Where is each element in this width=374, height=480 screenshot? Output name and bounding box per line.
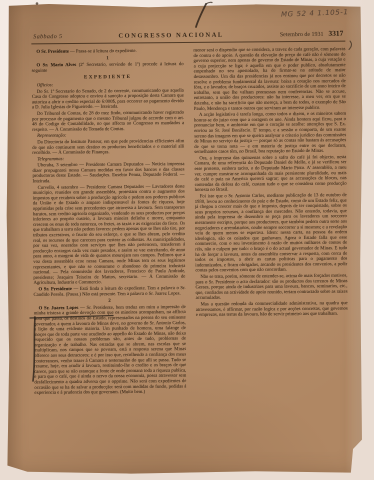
speaker-text: — Sr. Presidente, bem traduz em mim a im…	[34, 304, 187, 395]
body-paragraph: Mas a questão redonda da commercialidade…	[196, 301, 348, 318]
body-paragraph: Não se trata, porém, sómente de entender…	[195, 273, 347, 301]
officio-paragraph: Do Tribunal de Contas, de 28 do mez find…	[32, 110, 184, 133]
scanned-gazette-page: { "annotations": { "code": "MG 52 4 1.10…	[0, 0, 374, 480]
speaker-paragraph: O Sr. Mario Alves (2º Secretario, servin…	[32, 62, 184, 74]
date-block: Setembro de 1931 3317	[280, 30, 344, 40]
issue-date: Setembro de 1931	[280, 32, 324, 39]
body-paragraph: Foi isto que o Sr. Antonio Carlos, media…	[195, 193, 348, 274]
ink-speck	[36, 2, 39, 5]
right-column: menor será o dispendio que se considera,…	[193, 47, 348, 422]
body-paragraph: A acção legislativa é tarefa longa, como…	[194, 111, 346, 155]
speaker-paragraph: O Sr. Presidente — Está finda a leitura …	[33, 286, 185, 298]
section-separator: 1	[31, 55, 183, 62]
section-separator: 2	[34, 298, 186, 305]
speaker-name: O Sr. Presidente	[36, 49, 68, 54]
page-number: 3317	[328, 30, 343, 37]
edition-label: Sabbado 5	[33, 34, 62, 41]
text-columns: O Sr. Presidente — Passa-se á leitura do…	[31, 47, 348, 424]
officio-paragraph: Do Sr. 1º Secretario do Senado, de 2 do …	[32, 88, 184, 111]
body-paragraph: Ora, a imprensa das quinzenas sobre a sa…	[194, 155, 346, 193]
representacao-paragraph: Da Directoria do Instituto Pasteur, em q…	[32, 139, 184, 156]
telegramma-paragraph: Curvello, 4 setembro — Presidente Camara…	[33, 184, 186, 286]
speaker-paragraph: O Sr. Presidente — Passa-se á leitura do…	[31, 48, 183, 55]
telegramma-paragraph: Uberaba, 3 setembro — Presidente Camara …	[32, 162, 184, 185]
printed-page-area: Sabbado 5 CONGRESSO NACIONAL Setembro de…	[31, 30, 348, 435]
masthead: Sabbado 5 CONGRESSO NACIONAL Setembro de…	[31, 30, 345, 45]
left-column: O Sr. Presidente — Passa-se á leitura do…	[31, 48, 186, 423]
speaker-text: — Passa-se á leitura do expediente.	[69, 48, 137, 54]
gazette-title: CONGRESSO NACIONAL	[118, 32, 223, 40]
speaker-name: O Sr. Mario Alves	[37, 63, 77, 68]
speaker-paragraph: O Sr. Juarez Lopes — Sr. Presidente, bem…	[34, 304, 187, 395]
section-heading: EXPEDIENTE	[32, 74, 184, 81]
body-paragraph: menor será o dispendio que se considera,…	[193, 47, 346, 112]
